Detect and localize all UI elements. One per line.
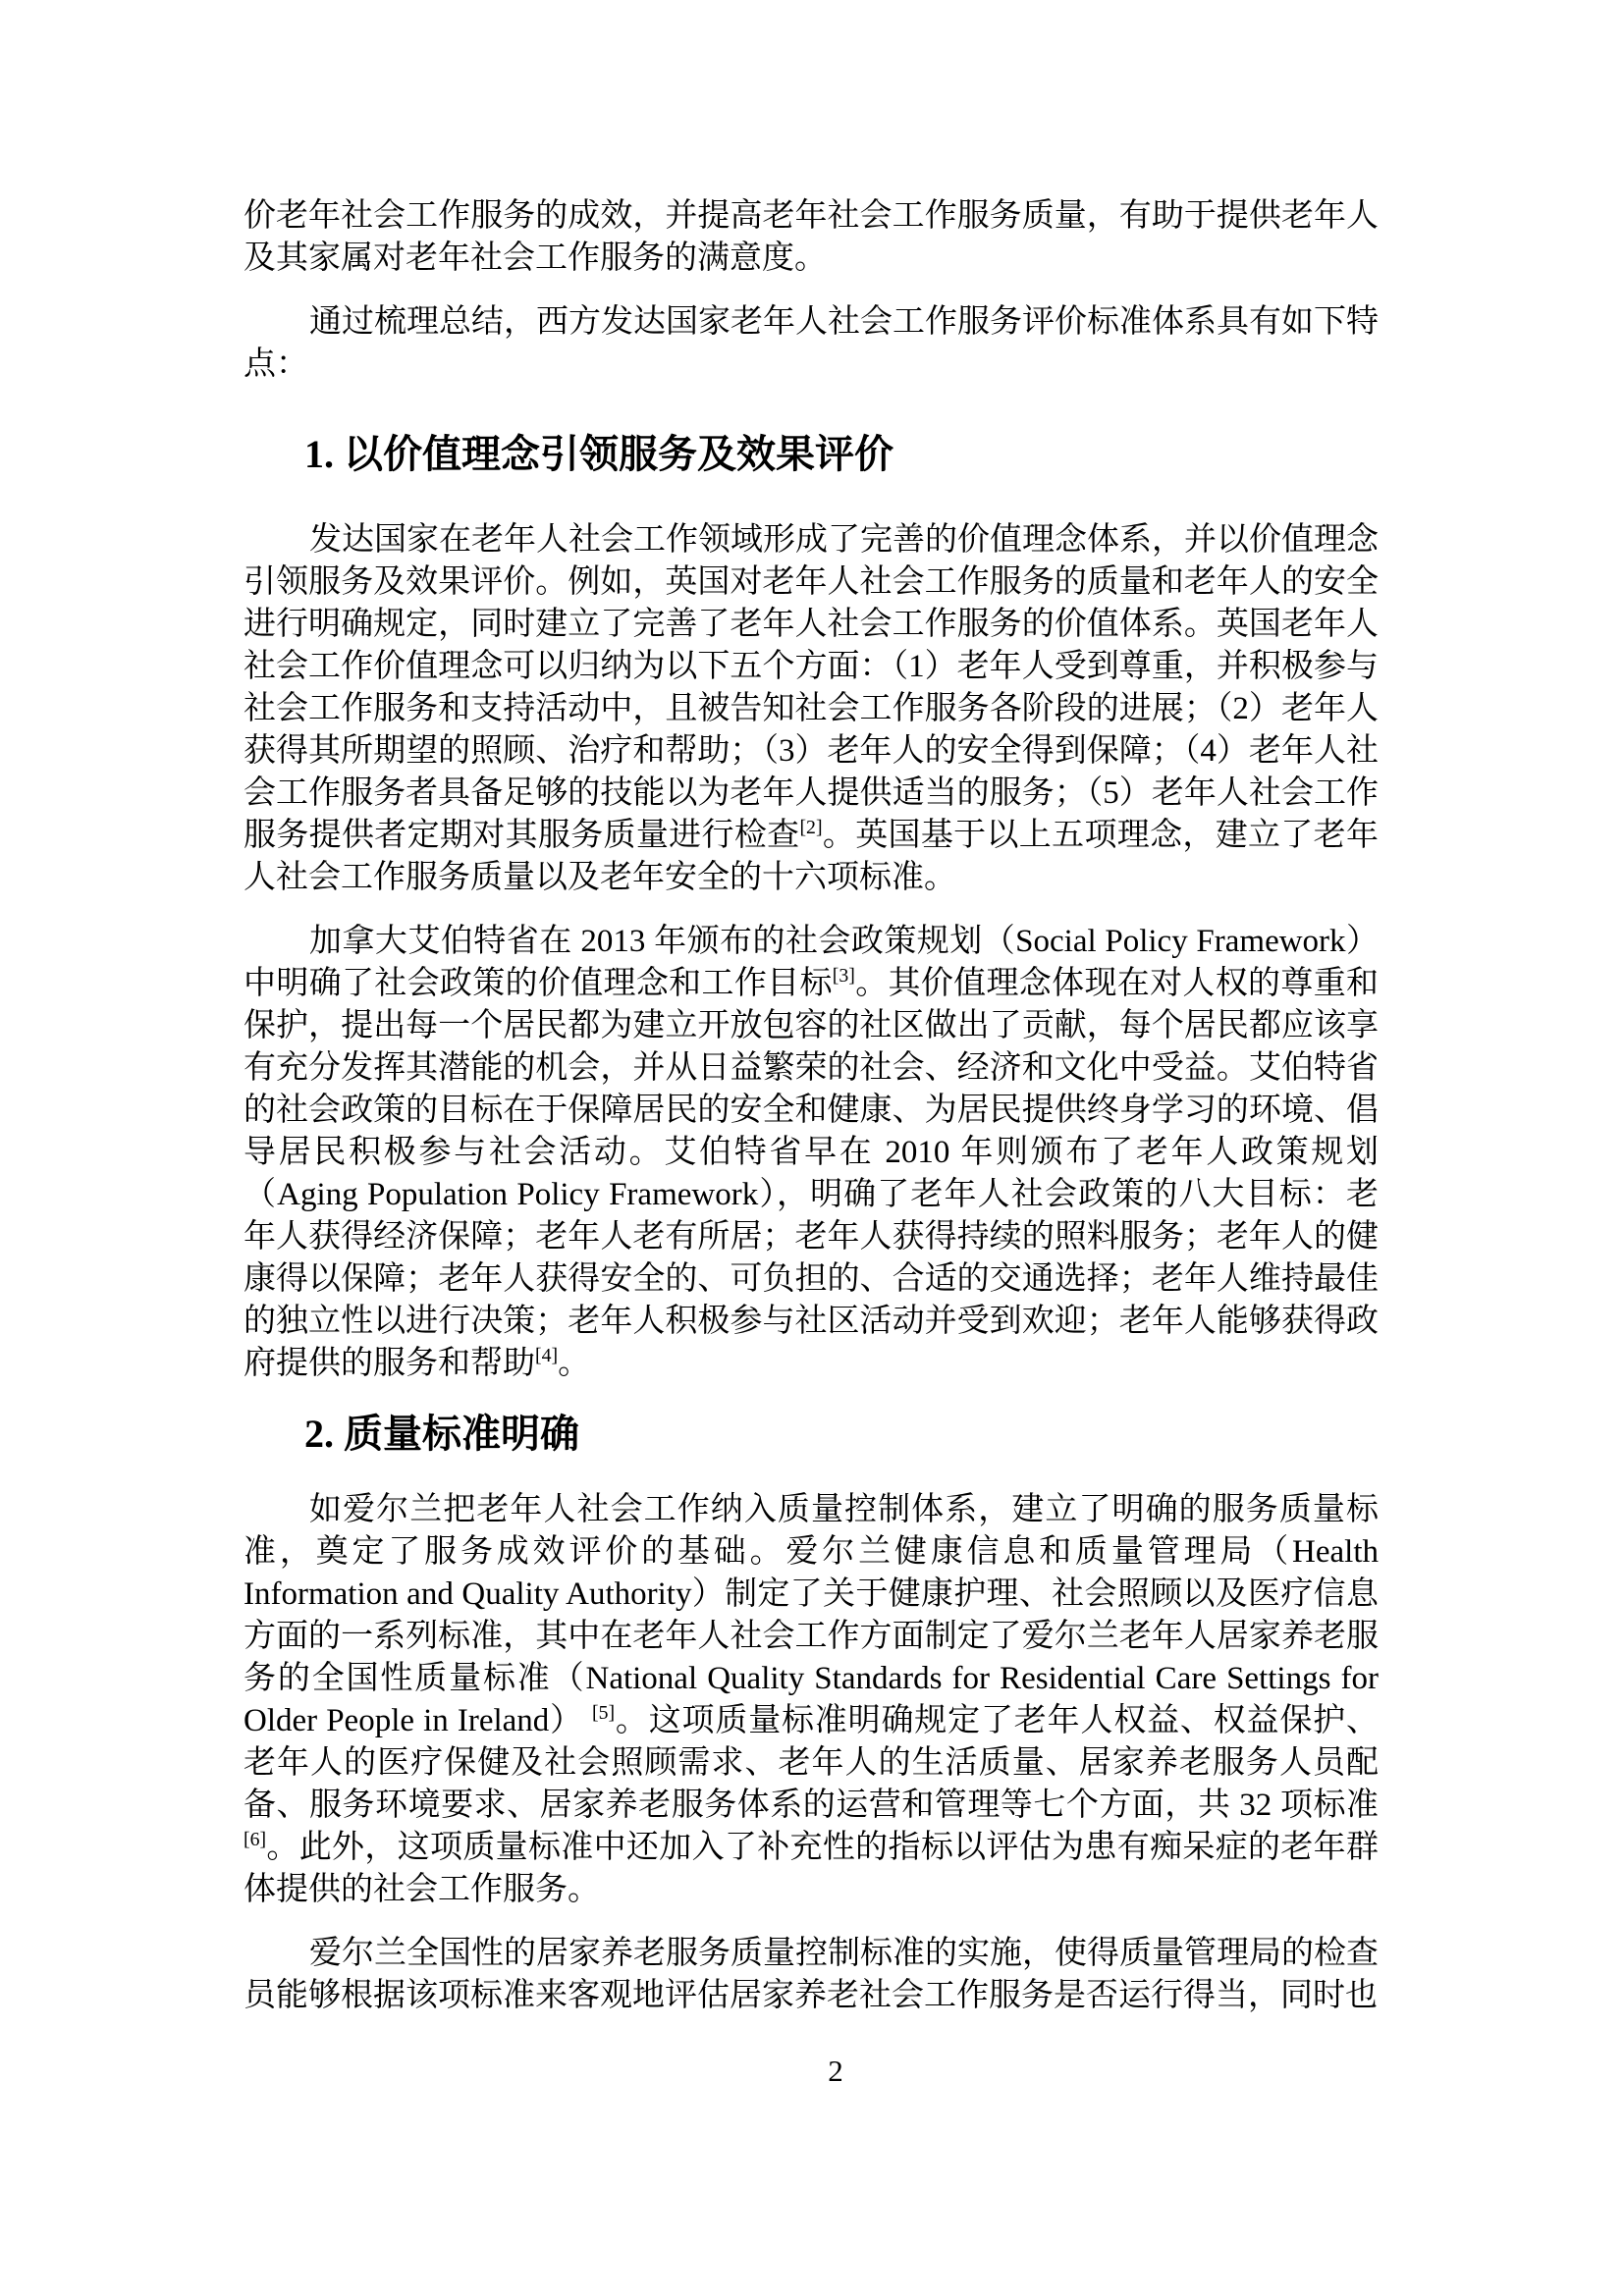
paragraph-ireland-implementation: 爱尔兰全国性的居家养老服务质量控制标准的实施，使得质量管理局的检查员能够根据该项… [244, 1933, 1379, 2017]
paragraph-canada-alberta: 加拿大艾伯特省在 2013 年颁布的社会政策规划（Social Policy F… [244, 921, 1379, 1385]
paragraph-uk-values: 发达国家在老年人社会工作领域形成了完善的价值理念体系，并以价值理念引领服务及效果… [244, 519, 1379, 899]
footnote-ref: [2] [799, 817, 822, 838]
footnote-ref: [5] [592, 1702, 615, 1724]
footnote-ref: [3] [833, 965, 855, 987]
page-number: 2 [0, 2052, 1624, 2091]
paragraph-summary-intro: 通过梳理总结，西方发达国家老年人社会工作服务评价标准体系具有如下特点： [244, 301, 1379, 386]
footnote-ref: [6] [244, 1829, 266, 1850]
paragraph-continuation: 价老年社会工作服务的成效，并提高老年社会工作服务质量，有助于提供老年人及其家属对… [244, 195, 1379, 280]
document-content: 价老年社会工作服务的成效，并提高老年社会工作服务质量，有助于提供老年人及其家属对… [244, 195, 1379, 2039]
document-page: 价老年社会工作服务的成效，并提高老年社会工作服务质量，有助于提供老年人及其家属对… [0, 0, 1624, 2296]
paragraph-ireland-standards: 如爱尔兰把老年人社会工作纳入质量控制体系，建立了明确的服务质量标准，奠定了服务成… [244, 1489, 1379, 1911]
footnote-ref: [4] [535, 1345, 558, 1366]
section-heading-2: 2. 质量标准明确 [244, 1409, 1379, 1460]
section-heading-1: 1. 以价值理念引领服务及效果评价 [244, 429, 1379, 480]
